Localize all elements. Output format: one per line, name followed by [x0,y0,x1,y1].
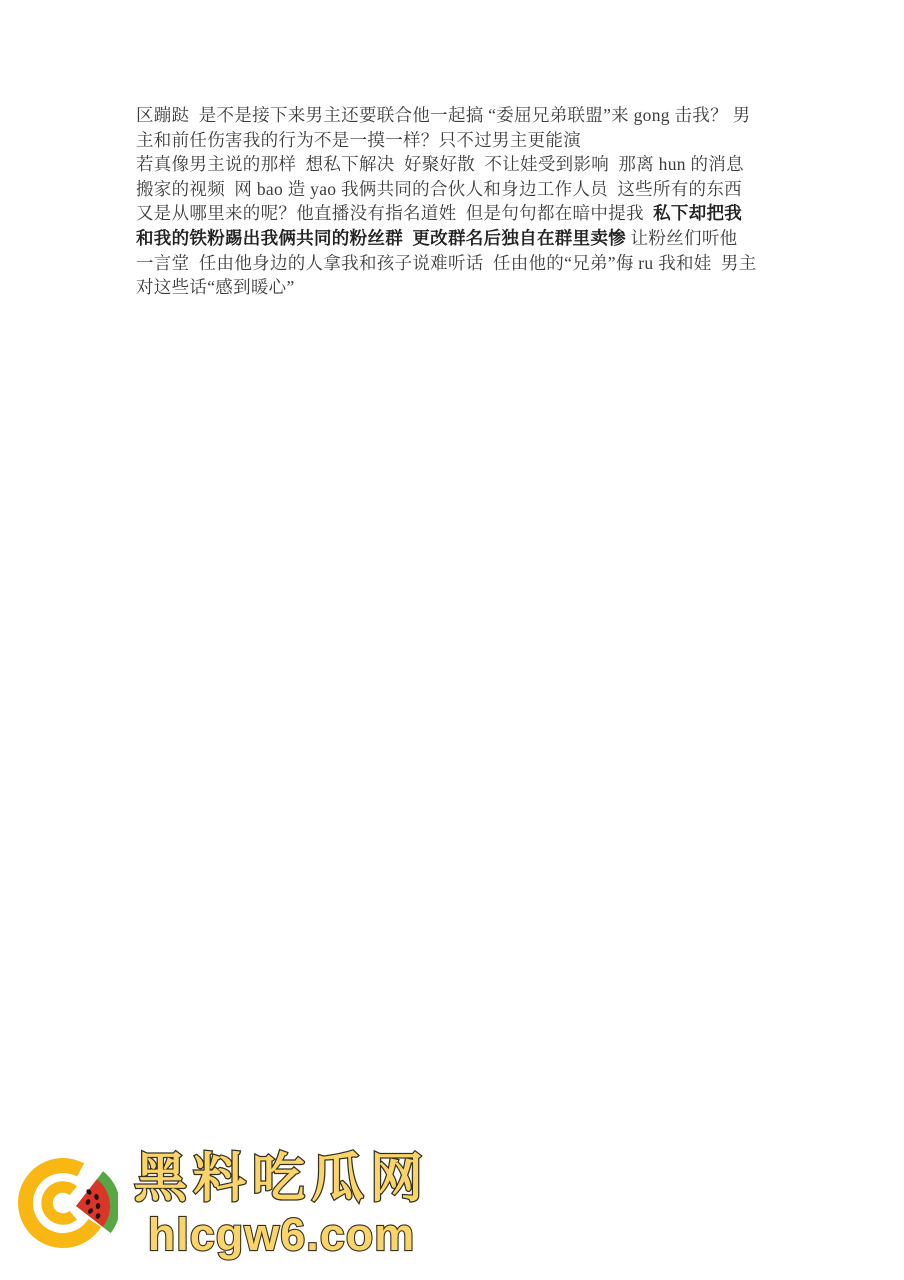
article-segment: 让粉丝们听他 [626,228,737,248]
article-text-block: 区蹦跶 是不是接下来男主还要联合他一起搞 “委屈兄弟联盟”来 gong 击我？ … [136,103,784,300]
article-line: 又是从哪里来的呢？他直播没有指名道姓 但是句句都在暗中提我 私下却把我 [136,201,784,226]
article-line: 主和前任伤害我的行为不是一摸一样？只不过男主更能演 [136,128,784,153]
page: 区蹦跶 是不是接下来男主还要联合他一起搞 “委屈兄弟联盟”来 gong 击我？ … [0,0,904,1280]
logo-text: 黑料吃瓜网 hlcgw6.com [134,1148,429,1260]
site-url: hlcgw6.com [148,1210,416,1260]
article-line: 若真像男主说的那样 想私下解决 好聚好散 不让娃受到影响 那离 hun 的消息 [136,152,784,177]
watermelon-c-logo-icon [18,1148,118,1260]
site-logo[interactable]: 黑料吃瓜网 hlcgw6.com [18,1148,429,1260]
article-segment-bold: 私下却把我 [653,203,742,223]
article-segment: 若真像男主说的那样 想私下解决 好聚好散 不让娃受到影响 那离 hun 的消息 [136,154,744,174]
article-segment: 对这些话“感到暖心” [136,277,295,297]
inner-c-ring [47,1187,73,1219]
article-segment: 又是从哪里来的呢？他直播没有指名道姓 但是句句都在暗中提我 [136,203,653,223]
article-segment: 搬家的视频 网 bao 造 yao 我俩共同的合伙人和身边工作人员 这些所有的东… [136,179,742,199]
article-line: 区蹦跶 是不是接下来男主还要联合他一起搞 “委屈兄弟联盟”来 gong 击我？ … [136,103,784,128]
article-segment-bold: 和我的铁粉踢出我俩共同的粉丝群 更改群名后独自在群里卖惨 [136,228,626,248]
article-line: 对这些话“感到暖心” [136,275,784,300]
article-line: 搬家的视频 网 bao 造 yao 我俩共同的合伙人和身边工作人员 这些所有的东… [136,177,784,202]
article-segment: 主和前任伤害我的行为不是一摸一样？只不过男主更能演 [136,130,581,150]
article-line: 一言堂 任由他身边的人拿我和孩子说难听话 任由他的“兄弟”侮 ru 我和娃 男主 [136,251,784,276]
article-segment: 区蹦跶 是不是接下来男主还要联合他一起搞 “委屈兄弟联盟”来 gong 击我？ … [136,105,750,125]
article-segment: 一言堂 任由他身边的人拿我和孩子说难听话 任由他的“兄弟”侮 ru 我和娃 男主 [136,253,757,273]
site-name: 黑料吃瓜网 [134,1148,429,1210]
article-line: 和我的铁粉踢出我俩共同的粉丝群 更改群名后独自在群里卖惨 让粉丝们听他 [136,226,784,251]
